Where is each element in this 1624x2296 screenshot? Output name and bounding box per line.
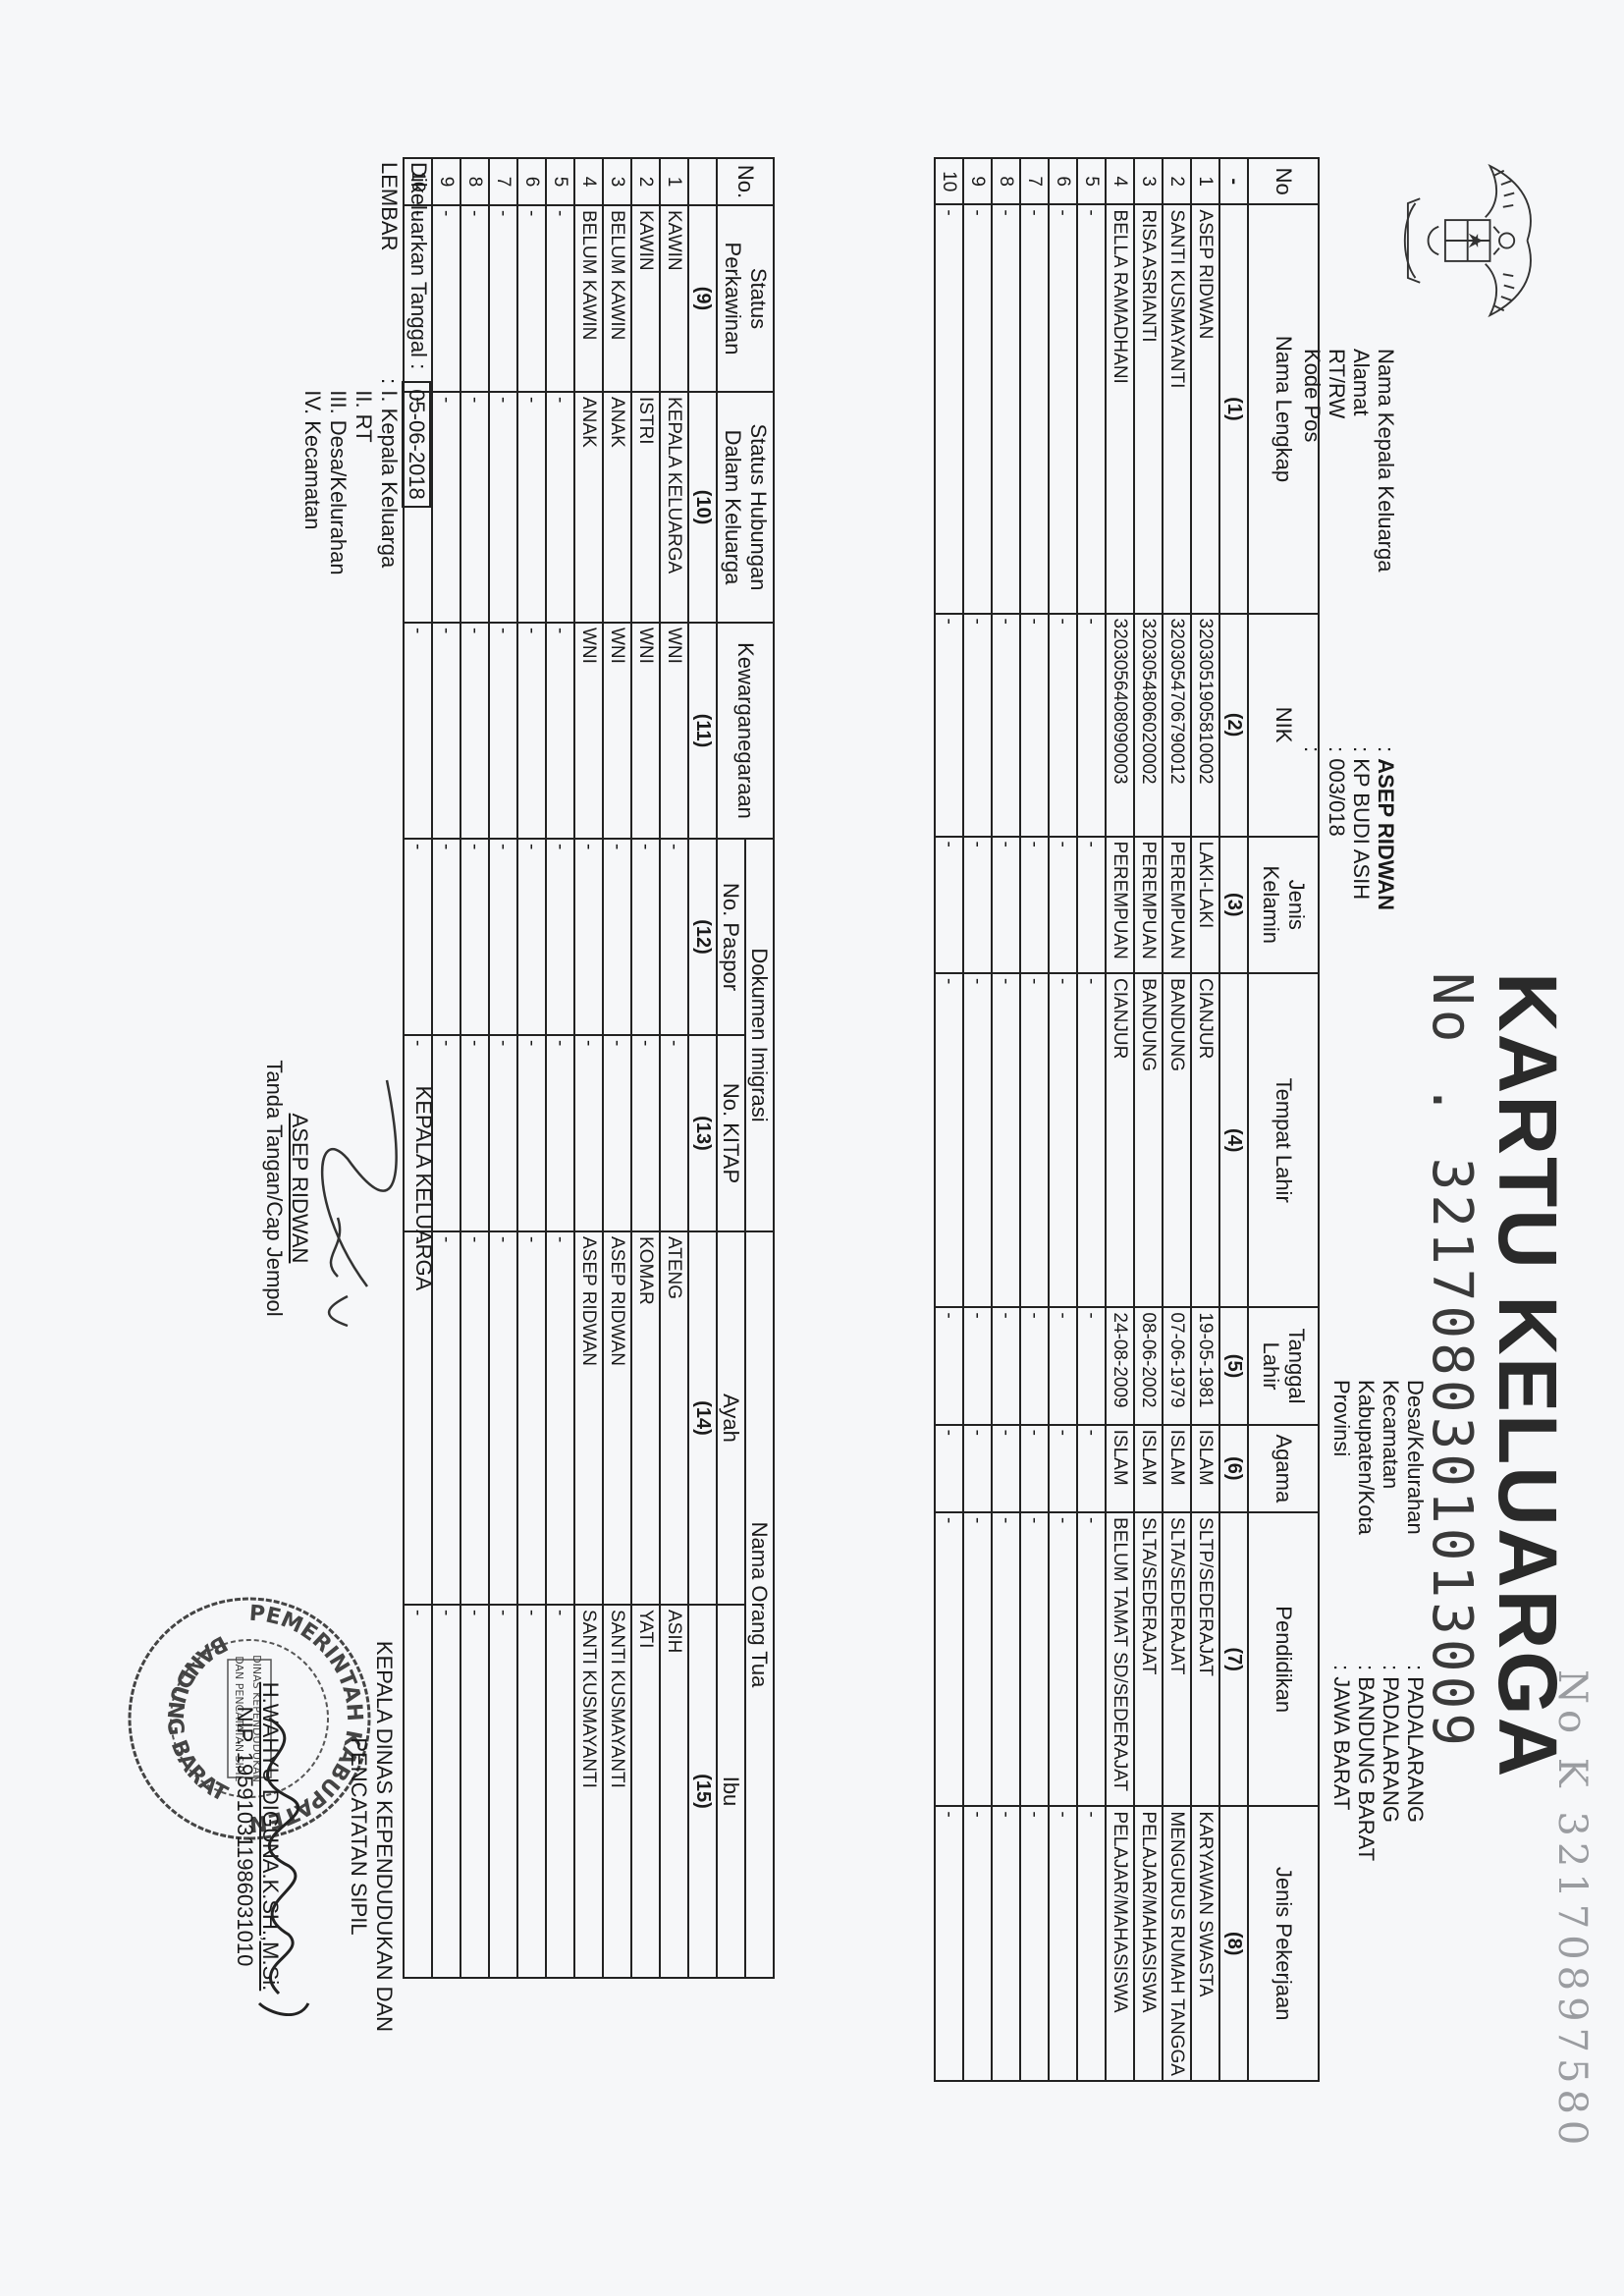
table-cell: 4 xyxy=(574,158,603,205)
col-tanggal-lahir: Tanggal Lahir xyxy=(1248,1307,1319,1424)
table-cell: - xyxy=(404,623,432,839)
col-nama-lengkap: Nama Lengkap xyxy=(1248,204,1319,613)
table-cell: KOMAR xyxy=(631,1231,660,1605)
lembar-list: I. Kepala Keluarga II. RT III. Desa/Kelu… xyxy=(299,390,402,574)
table-row: 6-------- xyxy=(1049,158,1077,2081)
table-cell: 19-05-1981 xyxy=(1191,1307,1219,1424)
table-row: 10-------- xyxy=(935,158,963,2081)
table-cell: BELUM KAWIN xyxy=(574,205,603,392)
table-cell: - xyxy=(1077,1425,1106,1512)
table-cell: YATI xyxy=(631,1605,660,1978)
col-ibu: Ibu xyxy=(717,1605,745,1978)
table-cell: ASIH xyxy=(660,1605,688,1978)
table-cell: - xyxy=(489,205,517,392)
table-cell: - xyxy=(574,1035,603,1231)
table-cell: - xyxy=(992,1307,1020,1424)
column-index: (8) xyxy=(1219,1806,1248,2081)
column-index: (1) xyxy=(1219,204,1248,613)
table-cell: PEREMPUAN xyxy=(1106,837,1134,973)
table-cell: - xyxy=(631,839,660,1035)
issued-label: Dikeluarkan Tanggal xyxy=(402,162,431,357)
table-cell: - xyxy=(517,623,546,839)
table-cell: 1 xyxy=(1191,158,1219,204)
table-cell: 8 xyxy=(460,158,489,205)
table-cell: - xyxy=(1049,973,1077,1307)
table-cell: SANTI KUSMAYANTI xyxy=(1163,204,1191,613)
table-cell: ISLAM xyxy=(1134,1425,1163,1512)
title-block: KARTU KELUARGA No . 3217080301013009 xyxy=(1420,972,1575,1778)
kepala-keluarga-value: ASEP RIDWAN xyxy=(1374,758,1398,910)
table-cell: - xyxy=(1077,204,1106,613)
column-index: - xyxy=(1219,158,1248,204)
table-cell: CIANJUR xyxy=(1191,973,1219,1307)
official-handwritten-signature-icon xyxy=(220,1709,328,2033)
table-cell: - xyxy=(1077,614,1106,837)
table-cell: 7 xyxy=(1020,158,1049,204)
table-cell: - xyxy=(992,837,1020,973)
signature-caption: Tanda Tangan/Cap Jempol xyxy=(261,1031,287,1345)
column-index: (7) xyxy=(1219,1512,1248,1806)
table-cell: 5 xyxy=(1077,158,1106,204)
table-cell: - xyxy=(1020,973,1049,1307)
family-card-document: Nama Kepala Keluarga: ASEP RIDWAN Alamat… xyxy=(0,0,1624,2296)
table-cell: - xyxy=(963,973,992,1307)
table-cell: - xyxy=(660,839,688,1035)
table-cell: - xyxy=(631,1035,660,1231)
table-cell: - xyxy=(603,1035,631,1231)
table-cell: - xyxy=(432,1231,460,1605)
table-row: 8-------- xyxy=(992,158,1020,2081)
column-index-row: (9)(10)(11)(12)(13)(14)(15) xyxy=(688,158,717,1978)
table-cell: - xyxy=(546,392,574,623)
table-cell: - xyxy=(546,1231,574,1605)
table-cell: - xyxy=(546,623,574,839)
official-title-2: PENCATATAN SIPIL xyxy=(346,1561,371,2111)
serial-number: No K 32170897580 xyxy=(1549,1669,1595,2151)
table-row: 4BELLA RAMADHANI3203056408090003PEREMPUA… xyxy=(1106,158,1134,2081)
official-title: KEPALA DINAS KEPENDUDUKAN DAN xyxy=(371,1561,397,2111)
table-cell: - xyxy=(992,1806,1020,2081)
column-index: (5) xyxy=(1219,1307,1248,1424)
table-cell: - xyxy=(432,392,460,623)
table-row: 3RISA ASRIANTI3203054806020002PEREMPUANB… xyxy=(1134,158,1163,2081)
field-row: Alamat: KP BUDI ASIH xyxy=(1349,349,1374,910)
table-cell: - xyxy=(1020,837,1049,973)
table-cell: - xyxy=(460,392,489,623)
table-cell: KEPALA KELUARGA xyxy=(660,392,688,623)
family-members-table: NoNama LengkapNIKJenis KelaminTempat Lah… xyxy=(934,157,1320,2082)
table-cell: RISA ASRIANTI xyxy=(1134,204,1163,613)
table-cell: CIANJUR xyxy=(1106,973,1134,1307)
table-row: 1KAWINKEPALA KELUARGAWNI--ATENGASIH xyxy=(660,158,688,1978)
table-cell: MENGURUS RUMAH TANGGA xyxy=(1163,1806,1191,2081)
table-cell: - xyxy=(489,623,517,839)
table-cell: - xyxy=(517,1605,546,1978)
issue-info: Dikeluarkan Tanggal : 05-06-2018 LEMBAR … xyxy=(299,162,431,575)
table-cell: ISLAM xyxy=(1163,1425,1191,1512)
table-cell: - xyxy=(404,1605,432,1978)
table-cell: ISLAM xyxy=(1106,1425,1134,1512)
table-cell: SANTI KUSMAYANTI xyxy=(603,1605,631,1978)
table-cell: ASEP RIDWAN xyxy=(1191,204,1219,613)
table-cell: - xyxy=(963,1512,992,1806)
table-cell: KARYAWAN SWASTA xyxy=(1191,1806,1219,2081)
table-cell: - xyxy=(460,1231,489,1605)
lembar-item: II. RT xyxy=(351,390,376,574)
table-cell: ASEP RIDWAN xyxy=(603,1231,631,1605)
table-cell: BELLA RAMADHANI xyxy=(1106,204,1134,613)
lembar-item: IV. Kecamatan xyxy=(299,390,325,574)
column-index: (6) xyxy=(1219,1425,1248,1512)
table-row: 7-------- xyxy=(1020,158,1049,2081)
table-row: 5------- xyxy=(546,158,574,1978)
table-cell: - xyxy=(1049,614,1077,837)
table-cell: - xyxy=(460,205,489,392)
table-cell: 3 xyxy=(1134,158,1163,204)
table-cell: 3203051905810002 xyxy=(1191,614,1219,837)
table-cell: - xyxy=(963,204,992,613)
table-cell: LAKI-LAKI xyxy=(1191,837,1219,973)
table-cell: - xyxy=(935,1425,963,1512)
family-status-table: No. Status Perkawinan Status Hubungan Da… xyxy=(403,157,775,1979)
col-nama-orang-tua: Nama Orang Tua xyxy=(745,1231,774,1978)
table-header-row: NoNama LengkapNIKJenis KelaminTempat Lah… xyxy=(1248,158,1319,2081)
table-cell: 9 xyxy=(432,158,460,205)
table-cell: - xyxy=(935,1307,963,1424)
lembar-item: I. Kepala Keluarga xyxy=(376,390,402,574)
table-cell: WNI xyxy=(660,623,688,839)
table-cell: - xyxy=(992,1512,1020,1806)
column-index: (13) xyxy=(688,1035,717,1231)
table-cell: - xyxy=(489,392,517,623)
table-row: 1ASEP RIDWAN3203051905810002LAKI-LAKICIA… xyxy=(1191,158,1219,2081)
table-cell: - xyxy=(404,839,432,1035)
table-cell: - xyxy=(935,204,963,613)
table-cell: PELAJAR/MAHASISWA xyxy=(1106,1806,1134,2081)
header-right-fields: Desa/Kelurahan: PADALARANG Kecamatan: PA… xyxy=(1329,1380,1428,1861)
table-cell: 2 xyxy=(1163,158,1191,204)
table-cell: PELAJAR/MAHASISWA xyxy=(1134,1806,1163,2081)
table-cell: - xyxy=(963,1806,992,2081)
col-kewarganegaraan: Kewarganegaraan xyxy=(717,623,774,839)
table-cell: - xyxy=(432,839,460,1035)
table-cell: - xyxy=(489,839,517,1035)
table-cell: 2 xyxy=(631,158,660,205)
table-row: 2KAWINISTRIWNI--KOMARYATI xyxy=(631,158,660,1978)
table-cell: - xyxy=(546,205,574,392)
table-cell: - xyxy=(1020,1425,1049,1512)
garuda-emblem-icon xyxy=(1369,147,1555,334)
table-cell: 8 xyxy=(992,158,1020,204)
table-cell: - xyxy=(935,1512,963,1806)
table-cell: - xyxy=(1077,973,1106,1307)
table-cell: - xyxy=(460,623,489,839)
kk-number: No . 3217080301013009 xyxy=(1420,972,1484,1778)
table-cell: 7 xyxy=(489,158,517,205)
table-cell: KAWIN xyxy=(631,205,660,392)
table-cell: 3203054706790012 xyxy=(1163,614,1191,837)
table-cell: 9 xyxy=(963,158,992,204)
col-status-hubungan: Status Hubungan Dalam Keluarga xyxy=(717,392,774,623)
table-cell: 3 xyxy=(603,158,631,205)
table-cell: - xyxy=(517,1035,546,1231)
column-index: (3) xyxy=(1219,837,1248,973)
table-cell: WNI xyxy=(603,623,631,839)
table-row: 6------- xyxy=(517,158,546,1978)
table-cell: - xyxy=(963,1425,992,1512)
table-cell: - xyxy=(1020,614,1049,837)
table-row: 9------- xyxy=(432,158,460,1978)
table-cell: - xyxy=(432,1035,460,1231)
table-cell: 1 xyxy=(660,158,688,205)
document-title: KARTU KELUARGA xyxy=(1480,972,1575,1778)
table-cell: - xyxy=(546,1035,574,1231)
col-status-perkawinan: Status Perkawinan xyxy=(717,205,774,392)
lembar-row: LEMBAR : I. Kepala Keluarga II. RT III. … xyxy=(299,162,402,575)
table-cell: - xyxy=(517,839,546,1035)
col-nik: NIK xyxy=(1248,614,1319,837)
field-row: Desa/Kelurahan: PADALARANG xyxy=(1403,1380,1428,1861)
table-cell: - xyxy=(935,973,963,1307)
table-cell: ATENG xyxy=(660,1231,688,1605)
table-cell: - xyxy=(992,1425,1020,1512)
table-cell: ANAK xyxy=(574,392,603,623)
rtrw-value: 003/018 xyxy=(1325,758,1349,837)
table-cell: ANAK xyxy=(603,392,631,623)
table-cell: - xyxy=(460,1035,489,1231)
table-cell: - xyxy=(489,1605,517,1978)
col-no: No xyxy=(1248,158,1319,204)
table-cell: 10 xyxy=(935,158,963,204)
field-row: Provinsi: JAWA BARAT xyxy=(1329,1380,1354,1861)
col-no-kitap: No. KITAP xyxy=(717,1035,745,1231)
col-jenis-pekerjaan: Jenis Pekerjaan xyxy=(1248,1806,1319,2081)
field-row: RT/RW: 003/018 xyxy=(1325,349,1349,910)
table-cell: - xyxy=(935,614,963,837)
table-cell: 3203056408090003 xyxy=(1106,614,1134,837)
table-cell: - xyxy=(992,973,1020,1307)
table-cell: KAWIN xyxy=(660,205,688,392)
table-row: 5-------- xyxy=(1077,158,1106,2081)
table-cell: BELUM KAWIN xyxy=(603,205,631,392)
column-index: (12) xyxy=(688,839,717,1035)
table-cell: - xyxy=(935,1806,963,2081)
table-cell: - xyxy=(1020,1806,1049,2081)
table-cell: ISTRI xyxy=(631,392,660,623)
table-cell: 6 xyxy=(517,158,546,205)
table-cell: - xyxy=(517,1231,546,1605)
column-index: (10) xyxy=(688,392,717,623)
table-cell: WNI xyxy=(574,623,603,839)
table-row: 8------- xyxy=(460,158,489,1978)
table-cell: - xyxy=(1020,1512,1049,1806)
table-cell: SLTA/SEDERAJAT xyxy=(1134,1512,1163,1806)
table-row: 7------- xyxy=(489,158,517,1978)
table-cell: - xyxy=(546,839,574,1035)
table-cell: PEREMPUAN xyxy=(1163,837,1191,973)
table-cell: BANDUNG xyxy=(1134,973,1163,1307)
column-index: (2) xyxy=(1219,614,1248,837)
table-cell: - xyxy=(517,392,546,623)
table-cell: WNI xyxy=(631,623,660,839)
signature-title: KEPALA KELUARGA xyxy=(410,1031,436,1345)
col-ayah: Ayah xyxy=(717,1231,745,1605)
table-cell: BELUM TAMAT SD/SEDERAJAT xyxy=(1106,1512,1134,1806)
table-cell: 07-06-1979 xyxy=(1163,1307,1191,1424)
table-cell: 5 xyxy=(546,158,574,205)
table-cell: ASEP RIDWAN xyxy=(574,1231,603,1605)
table-cell: SLTA/SEDERAJAT xyxy=(1163,1512,1191,1806)
column-index: (11) xyxy=(688,623,717,839)
column-index-row: -(1)(2)(3)(4)(5)(6)(7)(8) xyxy=(1219,158,1248,2081)
table-cell: - xyxy=(460,1605,489,1978)
table-cell: - xyxy=(1077,837,1106,973)
table-cell: - xyxy=(1049,1425,1077,1512)
table-cell: - xyxy=(432,1605,460,1978)
table-cell: - xyxy=(1049,1307,1077,1424)
table-cell: BANDUNG xyxy=(1163,973,1191,1307)
table-cell: - xyxy=(992,204,1020,613)
issued-row: Dikeluarkan Tanggal : 05-06-2018 xyxy=(402,162,431,575)
table-cell: - xyxy=(935,837,963,973)
lembar-label: LEMBAR xyxy=(299,162,402,378)
scanned-page: Nama Kepala Keluarga: ASEP RIDWAN Alamat… xyxy=(0,0,1624,2296)
table-cell: - xyxy=(1049,204,1077,613)
table-row: 9-------- xyxy=(963,158,992,2081)
column-index: (9) xyxy=(688,205,717,392)
column-index: (15) xyxy=(688,1605,717,1978)
table-cell: - xyxy=(432,623,460,839)
table-cell: - xyxy=(963,837,992,973)
col-agama: Agama xyxy=(1248,1425,1319,1512)
field-row: Nama Kepala Keluarga: ASEP RIDWAN xyxy=(1374,349,1398,910)
table-cell: 3203054806020002 xyxy=(1134,614,1163,837)
table-cell: - xyxy=(1049,1806,1077,2081)
table-header-row: No. Status Perkawinan Status Hubungan Da… xyxy=(745,158,774,1978)
table-cell: - xyxy=(546,1605,574,1978)
col-tempat-lahir: Tempat Lahir xyxy=(1248,973,1319,1307)
table-cell: 24-08-2009 xyxy=(1106,1307,1134,1424)
column-index: (14) xyxy=(688,1231,717,1605)
table-cell: - xyxy=(1049,837,1077,973)
table-cell: 6 xyxy=(1049,158,1077,204)
table-cell: - xyxy=(1077,1512,1106,1806)
col-jenis-kelamin: Jenis Kelamin xyxy=(1248,837,1319,973)
table-cell: ISLAM xyxy=(1191,1425,1219,1512)
table-cell: - xyxy=(963,614,992,837)
table-cell: - xyxy=(574,839,603,1035)
table-cell: SANTI KUSMAYANTI xyxy=(574,1605,603,1978)
col-pendidikan: Pendidikan xyxy=(1248,1512,1319,1806)
table-cell: PEREMPUAN xyxy=(1134,837,1163,973)
table-cell: - xyxy=(460,839,489,1035)
table-row: 2SANTI KUSMAYANTI3203054706790012PEREMPU… xyxy=(1163,158,1191,2081)
field-row: Kabupaten/Kota: BANDUNG BARAT xyxy=(1354,1380,1379,1861)
table-row: 4BELUM KAWINANAKWNI--ASEP RIDWANSANTI KU… xyxy=(574,158,603,1978)
table-cell: - xyxy=(992,614,1020,837)
col-no: No. xyxy=(717,158,774,205)
table-cell: - xyxy=(1077,1806,1106,2081)
table-cell: - xyxy=(1020,1307,1049,1424)
field-row: Kecamatan: PADALARANG xyxy=(1379,1380,1403,1861)
handwritten-signature-icon xyxy=(289,1061,406,1336)
alamat-value: KP BUDI ASIH xyxy=(1349,758,1374,900)
table-cell: - xyxy=(517,205,546,392)
table-cell: - xyxy=(603,839,631,1035)
table-cell: SLTP/SEDERAJAT xyxy=(1191,1512,1219,1806)
table-cell: - xyxy=(1077,1307,1106,1424)
table-cell: 4 xyxy=(1106,158,1134,204)
table-cell: - xyxy=(489,1035,517,1231)
col-no-paspor: No. Paspor xyxy=(717,839,745,1035)
col-dokumen-imigrasi: Dokumen Imigrasi xyxy=(745,839,774,1231)
table-row: 3BELUM KAWINANAKWNI--ASEP RIDWANSANTI KU… xyxy=(603,158,631,1978)
column-index: (4) xyxy=(1219,973,1248,1307)
table-cell: - xyxy=(432,205,460,392)
table-cell: - xyxy=(1049,1512,1077,1806)
table-cell: - xyxy=(489,1231,517,1605)
table-cell: - xyxy=(660,1035,688,1231)
lembar-item: III. Desa/Kelurahan xyxy=(325,390,351,574)
column-index xyxy=(688,158,717,205)
table-cell: 08-06-2002 xyxy=(1134,1307,1163,1424)
issued-date: 05-06-2018 xyxy=(402,381,431,508)
table-cell: - xyxy=(1020,204,1049,613)
table-cell: - xyxy=(963,1307,992,1424)
